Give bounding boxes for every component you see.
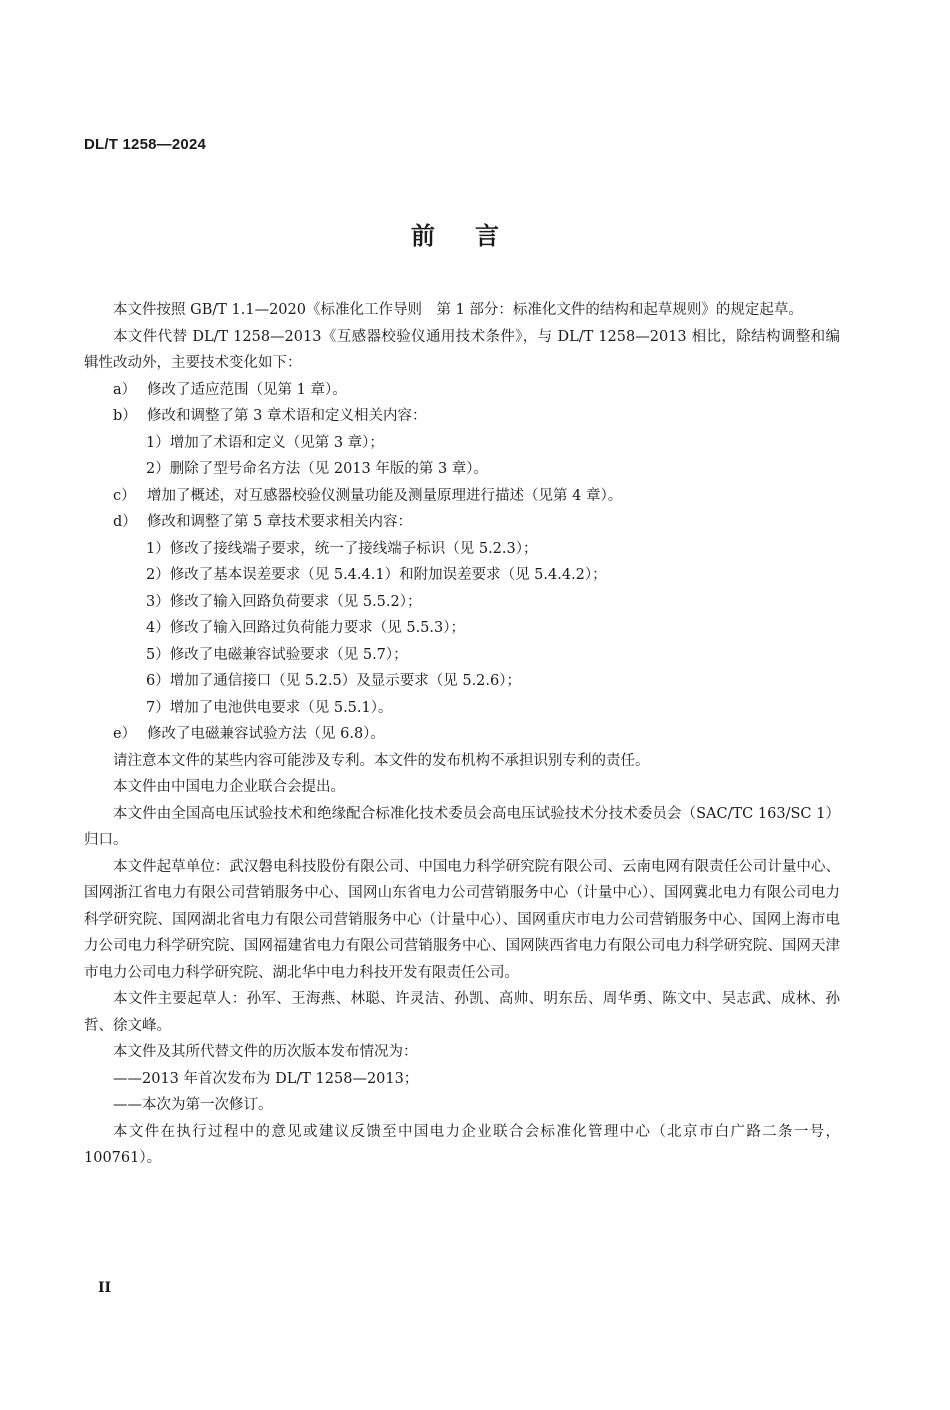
paragraph-replacement: 本文件代替 DL/T 1258—2013《互感器校验仪通用技术条件》，与 DL/… <box>84 324 840 377</box>
main-drafters: 本文件主要起草人：孙军、王海燕、林聪、许灵洁、孙凯、高帅、明东岳、周华勇、陈文中… <box>84 986 840 1039</box>
change-subitem: 2）删除了型号命名方法（见 2013 年版的第 3 章）。 <box>84 456 840 483</box>
change-item-b: b）修改和调整了第 3 章术语和定义相关内容： <box>84 403 840 430</box>
list-text: 删除了型号命名方法（见 2013 年版的第 3 章）。 <box>170 456 488 483</box>
list-text: 增加了电池供电要求（见 5.5.1）。 <box>170 695 393 722</box>
list-marker: c） <box>113 483 147 510</box>
page-number: II <box>98 1280 111 1296</box>
list-marker: 1） <box>146 430 170 457</box>
list-text: 修改了输入回路负荷要求（见 5.5.2）； <box>170 589 422 616</box>
standard-code: DL/T 1258—2024 <box>84 136 206 153</box>
list-text: 修改和调整了第 5 章技术要求相关内容： <box>147 509 412 536</box>
list-marker: 3） <box>146 589 170 616</box>
change-subitem: 7）增加了电池供电要求（见 5.5.1）。 <box>84 695 840 722</box>
history-intro: 本文件及其所代替文件的历次版本发布情况为： <box>84 1039 840 1066</box>
paragraph-drafting-basis: 本文件按照 GB/T 1.1—2020《标准化工作导则 第 1 部分：标准化文件… <box>84 297 840 324</box>
list-text: 修改了基本误差要求（见 5.4.4.1）和附加误差要求（见 5.4.4.2）； <box>170 562 607 589</box>
list-marker: 7） <box>146 695 170 722</box>
list-text: 修改了电磁兼容试验方法（见 6.8）。 <box>147 721 385 748</box>
list-marker: 1） <box>146 536 170 563</box>
change-item-c: c）增加了概述，对互感器校验仪测量功能及测量原理进行描述（见第 4 章）。 <box>84 483 840 510</box>
list-marker: d） <box>113 509 147 536</box>
change-subitem: 2）修改了基本误差要求（见 5.4.4.1）和附加误差要求（见 5.4.4.2）… <box>84 562 840 589</box>
centralized-management: 本文件由全国高电压试验技术和绝缘配合标准化技术委员会高电压试验技术分技术委员会（… <box>84 801 840 854</box>
list-marker: 5） <box>146 642 170 669</box>
list-text: 修改了输入回路过负荷能力要求（见 5.5.3）； <box>170 615 465 642</box>
proposer-statement: 本文件由中国电力企业联合会提出。 <box>84 774 840 801</box>
history-item: ——2013 年首次发布为 DL/T 1258—2013； <box>84 1066 840 1093</box>
change-subitem: 1）修改了接线端子要求，统一了接线端子标识（见 5.2.3）； <box>84 536 840 563</box>
list-text: 增加了术语和定义（见第 3 章）； <box>170 430 384 457</box>
list-marker: b） <box>113 403 147 430</box>
list-text: 增加了概述，对互感器校验仪测量功能及测量原理进行描述（见第 4 章）。 <box>147 483 622 510</box>
change-subitem: 1）增加了术语和定义（见第 3 章）； <box>84 430 840 457</box>
change-item-e: e）修改了电磁兼容试验方法（见 6.8）。 <box>84 721 840 748</box>
change-subitem: 4）修改了输入回路过负荷能力要求（见 5.5.3）； <box>84 615 840 642</box>
document-body: 本文件按照 GB/T 1.1—2020《标准化工作导则 第 1 部分：标准化文件… <box>84 297 840 1172</box>
patent-notice: 请注意本文件的某些内容可能涉及专利。本文件的发布机构不承担识别专利的责任。 <box>84 748 840 775</box>
list-text: 修改和调整了第 3 章术语和定义相关内容： <box>147 403 426 430</box>
change-subitem: 6）增加了通信接口（见 5.2.5）及显示要求（见 5.2.6）； <box>84 668 840 695</box>
list-text: 修改了适应范围（见第 1 章）。 <box>147 377 347 404</box>
change-item-d: d）修改和调整了第 5 章技术要求相关内容： <box>84 509 840 536</box>
list-marker: a） <box>113 377 147 404</box>
list-marker: 2） <box>146 562 170 589</box>
drafting-units: 本文件起草单位：武汉磐电科技股份有限公司、中国电力科学研究院有限公司、云南电网有… <box>84 854 840 987</box>
list-marker: 2） <box>146 456 170 483</box>
change-subitem: 5）修改了电磁兼容试验要求（见 5.7）； <box>84 642 840 669</box>
list-text: 修改了接线端子要求，统一了接线端子标识（见 5.2.3）； <box>170 536 538 563</box>
feedback-address: 本文件在执行过程中的意见或建议反馈至中国电力企业联合会标准化管理中心（北京市白广… <box>84 1119 840 1172</box>
change-subitem: 3）修改了输入回路负荷要求（见 5.5.2）； <box>84 589 840 616</box>
list-marker: 4） <box>146 615 170 642</box>
history-item: ——本次为第一次修订。 <box>84 1092 840 1119</box>
list-marker: 6） <box>146 668 170 695</box>
change-item-a: a）修改了适应范围（见第 1 章）。 <box>84 377 840 404</box>
list-text: 修改了电磁兼容试验要求（见 5.7）； <box>170 642 408 669</box>
list-marker: e） <box>113 721 147 748</box>
list-text: 增加了通信接口（见 5.2.5）及显示要求（见 5.2.6）； <box>170 668 521 695</box>
page-title: 前言 <box>0 216 950 251</box>
